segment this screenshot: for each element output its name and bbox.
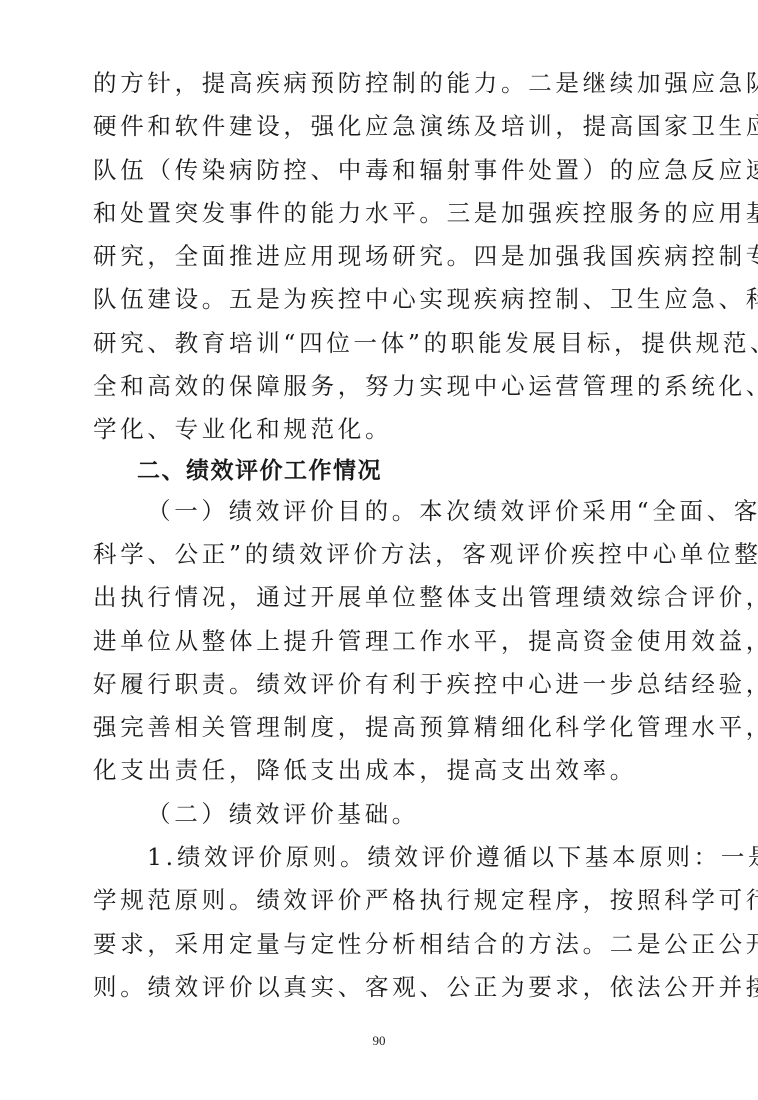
- paragraph-line-6: 队伍建设。五是为疾控中心实现疾病控制、卫生应急、科学: [93, 278, 669, 321]
- subsection-basis-heading: （二）绩效评价基础。: [93, 793, 669, 836]
- subsection-purpose-line-5: 好履行职责。绩效评价有利于疾控中心进一步总结经验，加: [93, 663, 669, 706]
- page-number: 90: [0, 1033, 758, 1049]
- paragraph-line-8: 全和高效的保障服务，努力实现中心运营管理的系统化、科: [93, 365, 669, 408]
- paragraph-line-1: 的方针，提高疾病预防控制的能力。二是继续加强应急队伍: [93, 62, 669, 105]
- subsection-purpose-line-6: 强完善相关管理制度，提高预算精细化科学化管理水平，强: [93, 706, 669, 749]
- section-heading: 二、绩效评价工作情况: [93, 452, 669, 490]
- paragraph-line-9: 学化、专业化和规范化。: [93, 408, 669, 451]
- principles-line-1: 1.绩效评价原则。绩效评价遵循以下基本原则：一是科: [93, 836, 669, 879]
- document-page: 的方针，提高疾病预防控制的能力。二是继续加强应急队伍 硬件和软件建设，强化应急演…: [93, 62, 669, 1009]
- subsection-purpose-line-2: 科学、公正”的绩效评价方法，客观评价疾控中心单位整体支: [93, 533, 669, 576]
- paragraph-line-2: 硬件和软件建设，强化应急演练及培训，提高国家卫生应急: [93, 105, 669, 148]
- subsection-purpose-line-4: 进单位从整体上提升管理工作水平，提高资金使用效益，更: [93, 620, 669, 663]
- subsection-purpose-line-1: （一）绩效评价目的。本次绩效评价采用“全面、客观、: [93, 490, 669, 533]
- paragraph-line-4: 和处置突发事件的能力水平。三是加强疾控服务的应用基础: [93, 192, 669, 235]
- paragraph-line-5: 研究，全面推进应用现场研究。四是加强我国疾病控制专业: [93, 235, 669, 278]
- subsection-purpose-line-7: 化支出责任，降低支出成本，提高支出效率。: [93, 749, 669, 792]
- principles-line-2: 学规范原则。绩效评价严格执行规定程序，按照科学可行的: [93, 879, 669, 922]
- subsection-purpose-line-3: 出执行情况，通过开展单位整体支出管理绩效综合评价，促: [93, 576, 669, 619]
- principles-line-3: 要求，采用定量与定性分析相结合的方法。二是公正公开原: [93, 923, 669, 966]
- paragraph-line-7: 研究、教育培训“四位一体”的职能发展目标，提供规范、安: [93, 322, 669, 365]
- paragraph-line-3: 队伍（传染病防控、中毒和辐射事件处置）的应急反应速度: [93, 149, 669, 192]
- principles-line-4: 则。绩效评价以真实、客观、公正为要求，依法公开并接受: [93, 966, 669, 1009]
